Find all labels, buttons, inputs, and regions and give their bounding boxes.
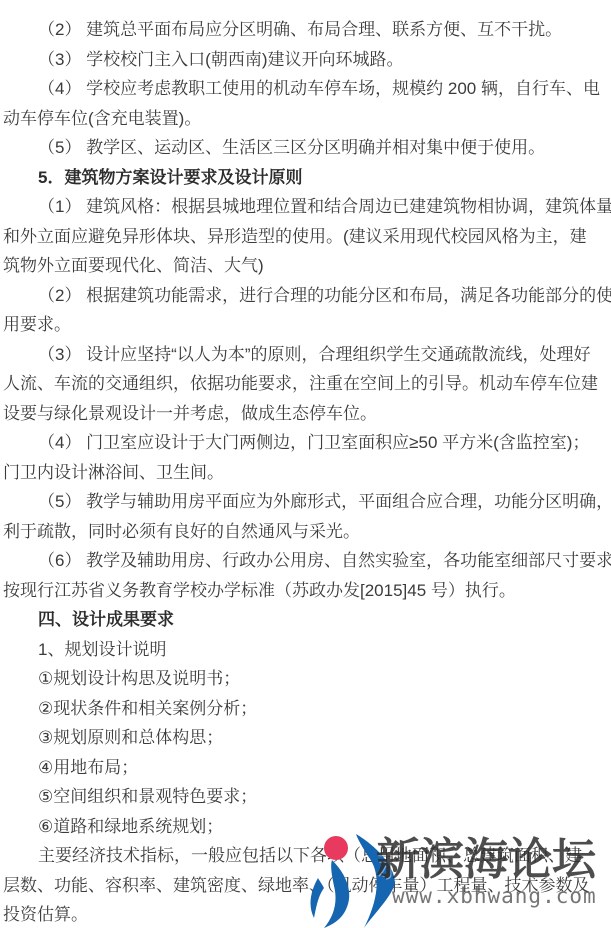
text-line: 投资估算。 [0,900,611,928]
text-line: （4） 学校应考虑教职工使用的机动车停车场，规模约 200 辆，自行车、电 [0,74,611,104]
text-line: 1、规划设计说明 [0,635,611,665]
heading-line: 5．建筑物方案设计要求及设计原则 [0,163,611,193]
text-line: ⑥道路和绿地系统规划； [0,812,611,842]
text-line: （4） 门卫室应设计于大门两侧边，门卫室面积应≥50 平方米(含监控室)； [0,428,611,458]
text-line: 人流、车流的交通组织，依据功能要求，注重在空间上的引导。机动车停车位建 [0,369,611,399]
heading-line: 四、设计成果要求 [0,605,611,635]
text-line: （2） 根据建筑功能需求，进行合理的功能分区和布局，满足各功能部分的使 [0,281,611,311]
text-line: 和外立面应避免异形体块、异形造型的使用。(建议采用现代校园风格为主，建 [0,222,611,252]
text-line: （5） 教学与辅助用房平面应为外廊形式，平面组合应合理，功能分区明确， [0,487,611,517]
text-line: ④用地布局； [0,753,611,783]
text-line: 门卫内设计淋浴间、卫生间。 [0,458,611,488]
text-line: 主要经济技术指标，一般应包括以下各项（总用地面积、总建筑面积、建 [0,841,611,871]
text-line: 按现行江苏省义务教育学校办学标准（苏政办发[2015]45 号）执行。 [0,576,611,606]
text-line: （6） 教学及辅助用房、行政办公用房、自然实验室，各功能室细部尺寸要求 [0,546,611,576]
text-line: 设要与绿化景观设计一并考虑，做成生态停车位。 [0,399,611,429]
text-line: ⑤空间组织和景观特色要求； [0,782,611,812]
text-line: （2） 建筑总平面布局应分区明确、布局合理、联系方便、互不干扰。 [0,15,611,45]
text-line: （3） 学校校门主入口(朝西南)建议开向环城路。 [0,45,611,75]
text-line: （5） 教学区、运动区、生活区三区分区明确并相对集中便于使用。 [0,133,611,163]
document-body: （2） 建筑总平面布局应分区明确、布局合理、联系方便、互不干扰。（3） 学校校门… [0,15,611,928]
text-line: （1） 建筑风格：根据县城地理位置和结合周边已建建筑物相协调，建筑体量 [0,192,611,222]
text-line: 利于疏散，同时必须有良好的自然通风与采光。 [0,517,611,547]
text-line: ①规划设计构思及说明书； [0,664,611,694]
document-page: （2） 建筑总平面布局应分区明确、布局合理、联系方便、互不干扰。（3） 学校校门… [0,0,611,928]
text-line: 用要求。 [0,310,611,340]
text-line: 筑物外立面要现代化、简洁、大气) [0,251,611,281]
text-line: 动车停车位(含充电装置)。 [0,104,611,134]
text-line: 层数、功能、容积率、建筑密度、绿地率、（机动停车量）工程量、技术参数及 [0,871,611,901]
text-line: ②现状条件和相关案例分析； [0,694,611,724]
text-line: ③规划原则和总体构思； [0,723,611,753]
text-line: （3） 设计应坚持“以人为本”的原则，合理组织学生交通疏散流线，处理好 [0,340,611,370]
